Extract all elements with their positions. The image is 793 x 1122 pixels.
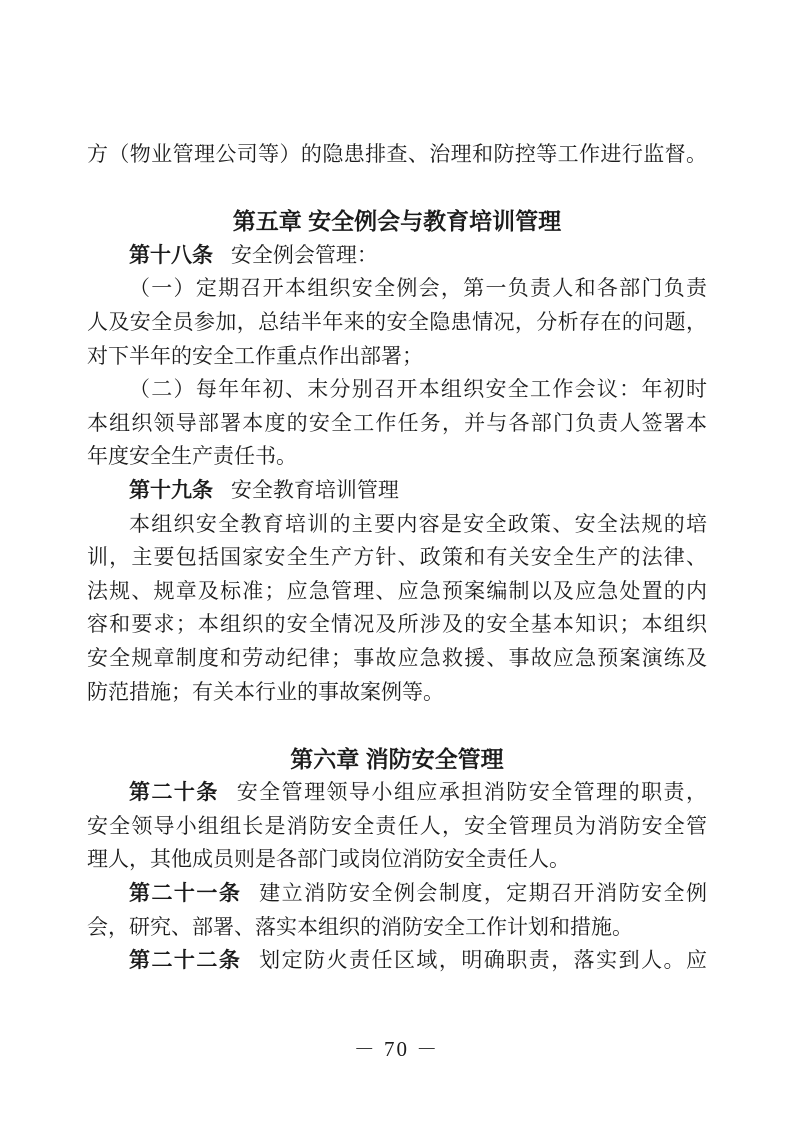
body-line: 会，研究、部署、落实本组织的消防安全工作计划和措施。 [87,911,707,945]
line-text: 训，主要包括国家安全生产方针、政策和有关安全生产的法律、 [87,545,707,569]
line-text: 本组织安全教育培训的主要内容是安全政策、安全法规的培 [129,512,707,536]
article-label: 第二十条 [129,781,219,804]
body-line: 理人，其他成员则是各部门或岗位消防安全责任人。 [87,843,707,877]
line-spacer [87,172,707,206]
body-line: 安全领导小组组长是消防安全责任人，安全管理员为消防安全管 [87,810,707,844]
body-line: 法规、规章及标准；应急管理、应急预案编制以及应急处置的内 [87,575,707,609]
page-number: － 70 － [0,1033,793,1063]
body-line: 第二十一条建立消防安全例会制度，定期召开消防安全例 [87,877,707,911]
line-text: 安全教育培训管理 [231,478,399,502]
chapter-heading: 第六章 消防安全管理 [87,743,707,777]
line-text: 安全例会管理： [231,243,378,267]
article-label: 第二十一条 [129,882,241,905]
body-line: 人及安全员参加，总结半年来的安全隐患情况，分析存在的问题， [87,306,707,340]
line-text: 会，研究、部署、落实本组织的消防安全工作计划和措施。 [87,915,633,939]
body-line: （二）每年年初、末分别召开本组织安全工作会议：年初时 [87,373,707,407]
body-line: 本组织领导部署本度的安全工作任务，并与各部门负责人签署本 [87,407,707,441]
line-text: 年度安全生产责任书。 [87,444,297,468]
body-line: 安全规章制度和劳动纪律；事故应急救援、事故应急预案演练及 [87,642,707,676]
body-line: （一）定期召开本组织安全例会，第一负责人和各部门负责 [87,272,707,306]
line-text: 法规、规章及标准；应急管理、应急预案编制以及应急处置的内 [87,579,707,603]
document-body: 方（物业管理公司等）的隐患排查、治理和防控等工作进行监督。第五章 安全例会与教育… [87,138,707,978]
article-label: 第十八条 [129,244,213,267]
document-page: 方（物业管理公司等）的隐患排查、治理和防控等工作进行监督。第五章 安全例会与教育… [0,0,793,1122]
line-text: 理人，其他成员则是各部门或岗位消防安全责任人。 [87,847,570,871]
body-line: 本组织安全教育培训的主要内容是安全政策、安全法规的培 [87,508,707,542]
line-text: 本组织领导部署本度的安全工作任务，并与各部门负责人签署本 [87,411,707,435]
body-line: 第十九条安全教育培训管理 [87,474,707,508]
body-line: 防范措施；有关本行业的事故案例等。 [87,676,707,710]
line-text: 划定防火责任区域，明确职责，落实到人。应 [259,948,707,972]
line-spacer [87,709,707,743]
line-text: 防范措施；有关本行业的事故案例等。 [87,680,444,704]
body-line: 第二十二条划定防火责任区域，明确职责，落实到人。应 [87,944,707,978]
chapter-heading: 第五章 安全例会与教育培训管理 [87,205,707,239]
line-text: 容和要求；本组织的安全情况及所涉及的安全基本知识；本组织 [87,612,707,636]
line-text: 第六章 消防安全管理 [290,746,503,772]
body-line: 方（物业管理公司等）的隐患排查、治理和防控等工作进行监督。 [87,138,707,172]
line-text: 建立消防安全例会制度，定期召开消防安全例 [259,881,707,905]
line-text: 方（物业管理公司等）的隐患排查、治理和防控等工作进行监督。 [87,142,707,166]
line-text: 人及安全员参加，总结半年来的安全隐患情况，分析存在的问题， [87,310,707,334]
line-text: 对下半年的安全工作重点作出部署； [87,344,423,368]
body-line: 第十八条安全例会管理： [87,239,707,273]
body-line: 第二十条安全管理领导小组应承担消防安全管理的职责， [87,776,707,810]
article-label: 第十九条 [129,479,213,502]
body-line: 对下半年的安全工作重点作出部署； [87,340,707,374]
body-line: 训，主要包括国家安全生产方针、政策和有关安全生产的法律、 [87,541,707,575]
line-text: 安全管理领导小组应承担消防安全管理的职责， [237,780,707,804]
line-text: 第五章 安全例会与教育培训管理 [233,208,561,234]
body-line: 容和要求；本组织的安全情况及所涉及的安全基本知识；本组织 [87,608,707,642]
line-text: （二）每年年初、末分别召开本组织安全工作会议：年初时 [129,377,707,401]
line-text: （一）定期召开本组织安全例会，第一负责人和各部门负责 [129,276,707,300]
body-line: 年度安全生产责任书。 [87,440,707,474]
line-text: 安全规章制度和劳动纪律；事故应急救援、事故应急预案演练及 [87,646,707,670]
article-label: 第二十二条 [129,949,241,972]
line-text: 安全领导小组组长是消防安全责任人，安全管理员为消防安全管 [87,814,707,838]
